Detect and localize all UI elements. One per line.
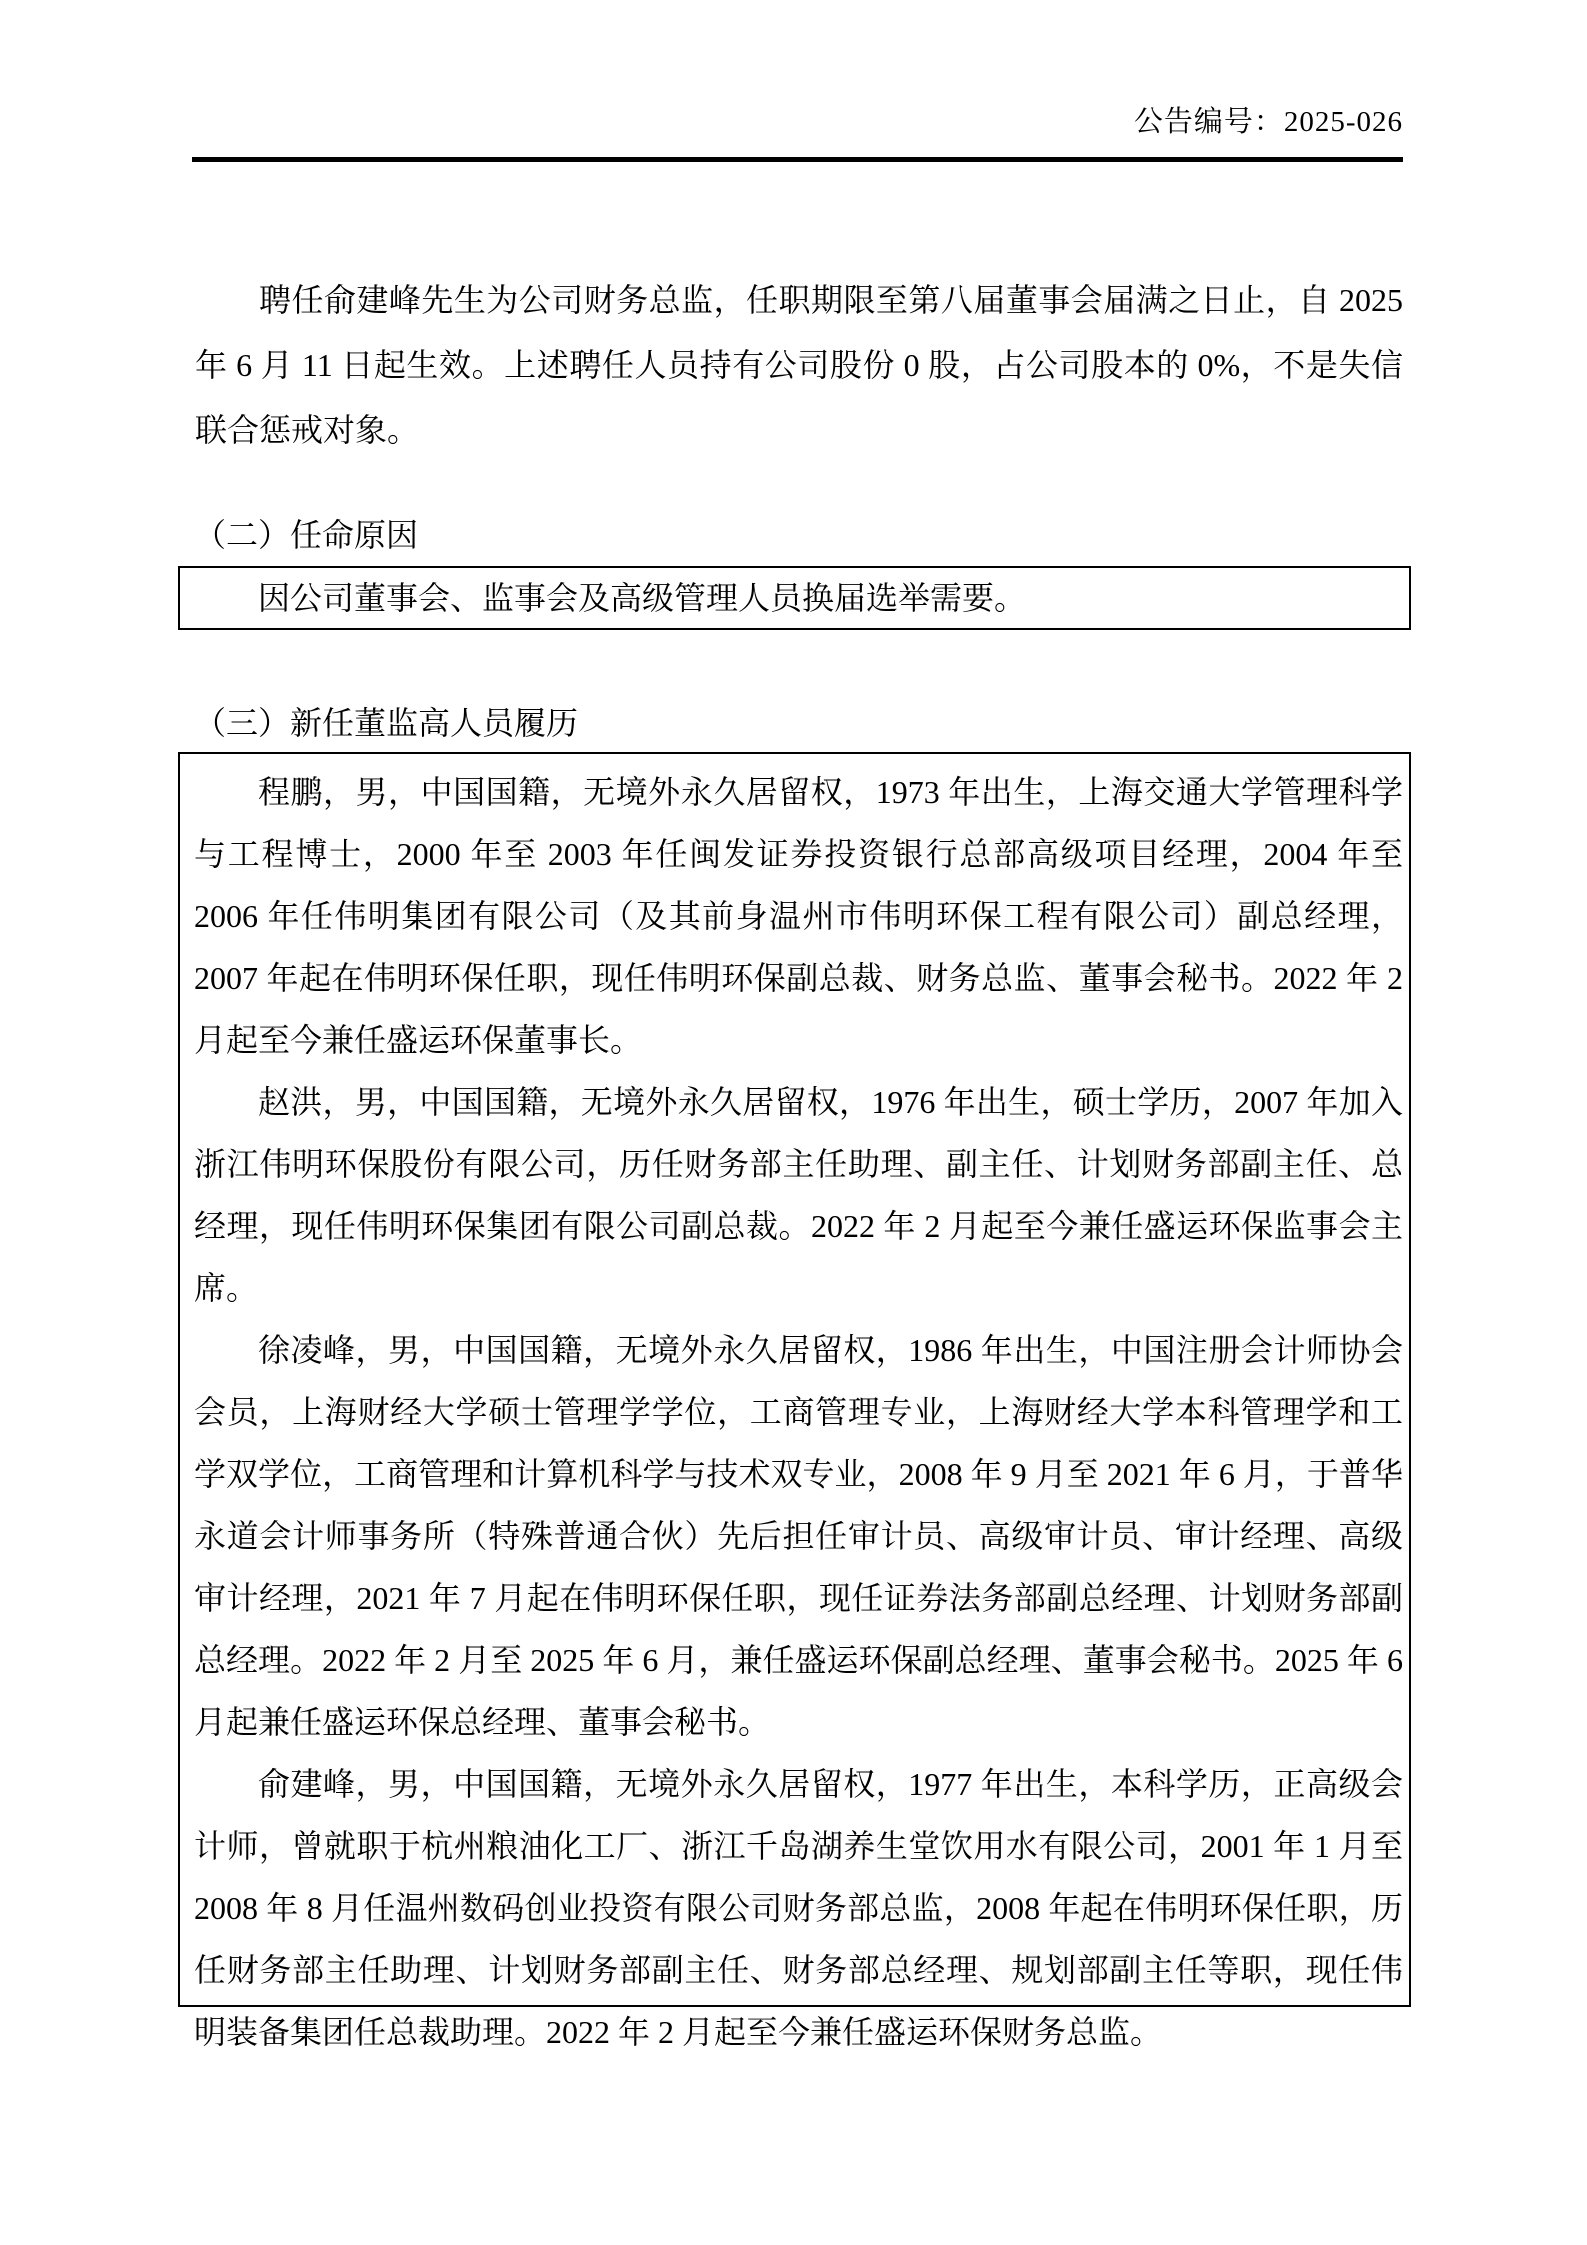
bio-paragraph-xu-lingfeng: 徐凌峰，男，中国国籍，无境外永久居留权，1986 年出生，中国注册会计师协会会员…	[194, 1319, 1403, 1753]
bio-paragraph-cheng-peng: 程鹏，男，中国国籍，无境外永久居留权，1973 年出生，上海交通大学管理科学与工…	[194, 761, 1403, 1071]
appointment-reason-box: 因公司董事会、监事会及高级管理人员换届选举需要。	[178, 566, 1411, 630]
appointment-reason-text: 因公司董事会、监事会及高级管理人员换届选举需要。	[180, 568, 1409, 628]
resumes-box: 程鹏，男，中国国籍，无境外永久居留权，1973 年出生，上海交通大学管理科学与工…	[178, 752, 1411, 2007]
bio-paragraph-zhao-hong: 赵洪，男，中国国籍，无境外永久居留权，1976 年出生，硕士学历，2007 年加…	[194, 1071, 1403, 1319]
announcement-number: 公告编号：2025-026	[192, 104, 1403, 140]
section-heading-appointment-reason: （二）任命原因	[194, 516, 418, 554]
section-heading-new-officers-resumes: （三）新任董监高人员履历	[194, 704, 578, 742]
header-divider	[192, 157, 1403, 162]
appointment-intro-paragraph: 聘任俞建峰先生为公司财务总监，任职期限至第八届董事会届满之日止，自 2025 年…	[195, 268, 1403, 463]
bio-paragraph-yu-jianfeng: 俞建峰，男，中国国籍，无境外永久居留权，1977 年出生，本科学历，正高级会计师…	[194, 1753, 1403, 2063]
